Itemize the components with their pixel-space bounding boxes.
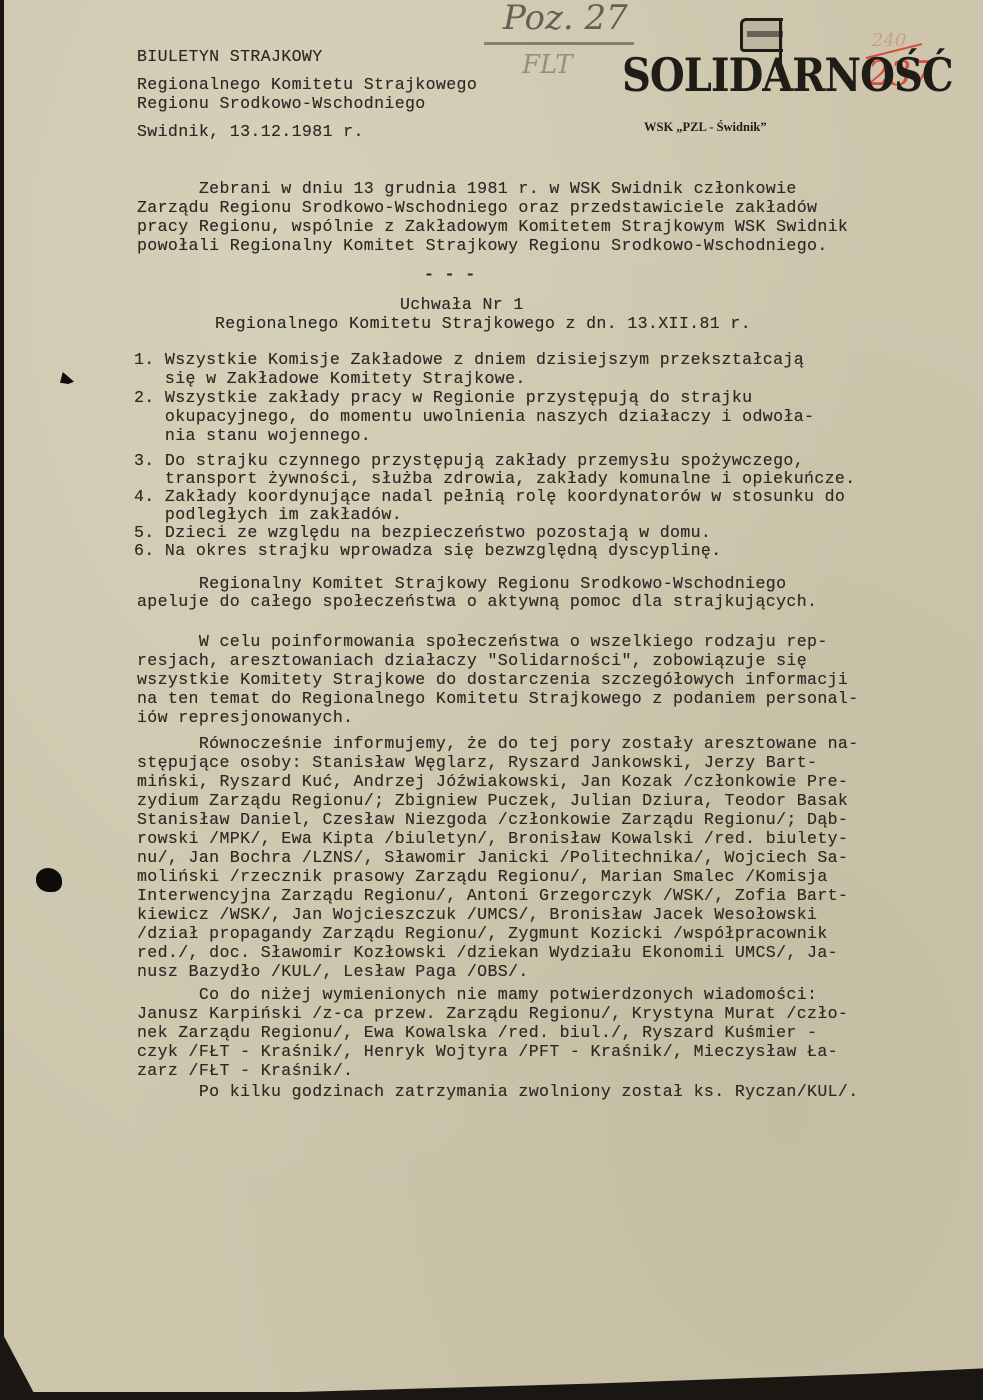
solidarnosc-logo: SOLIDARNOŚĆ — [622, 48, 953, 102]
flag-icon — [740, 18, 783, 52]
intro-line: Zarządu Regionu Srodkowo-Wschodniego ora… — [137, 199, 817, 216]
bulletin-title: BIULETYN STRAJKOWY — [137, 48, 323, 65]
appeal-line: Regionalny Komitet Strajkowy Regionu Sro… — [137, 575, 786, 592]
body-line: zarz /FŁT - Kraśnik/. — [137, 1062, 353, 1079]
body-line: rowski /MPK/, Ewa Kipta /biuletyn/, Bron… — [137, 830, 848, 847]
body-line: kiewicz /WSK/, Jan Wojcieszczuk /UMCS/, … — [137, 906, 817, 923]
archive-ref-annotation: Poz. 27 — [503, 0, 628, 38]
body-line: moliński /rzecznik prasowy Zarządu Regio… — [137, 868, 828, 885]
resolution-item-line: podległych im zakładów. — [134, 506, 402, 523]
body-line: iów represjonowanych. — [137, 709, 353, 726]
separator: - - - — [424, 266, 476, 283]
body-line: nek Zarządu Regionu/, Ewa Kowalska /red.… — [137, 1024, 817, 1041]
appeal-line: apeluje do całego społeczeństwa o aktywn… — [137, 593, 817, 610]
bulletin-subtitle-1: Regionalnego Komitetu Strajkowego — [137, 76, 477, 93]
resolution-item-line: 5. Dzieci ze względu na bezpieczeństwo p… — [134, 524, 711, 541]
body-line: Stanisław Daniel, Czesław Niezgoda /czło… — [137, 811, 848, 828]
body-line: stępujące osoby: Stanisław Węglarz, Rysz… — [137, 754, 817, 771]
bulletin-subtitle-2: Regionu Srodkowo-Wschodniego — [137, 95, 426, 112]
resolution-subtitle: Regionalnego Komitetu Strajkowego z dn. … — [215, 315, 751, 332]
resolution-item-line: 6. Na okres strajku wprowadza się bezwzg… — [134, 542, 722, 559]
resolution-item-line: 4. Zakłady koordynujące nadal pełnią rol… — [134, 488, 845, 505]
resolution-item-line: nia stanu wojennego. — [134, 427, 371, 444]
body-line: miński, Ryszard Kuć, Andrzej Jóźwiakowsk… — [137, 773, 848, 790]
body-line: na ten temat do Regionalnego Komitetu St… — [137, 690, 859, 707]
body-line: zydium Zarządu Regionu/; Zbigniew Puczek… — [137, 792, 848, 809]
place-date: Swidnik, 13.12.1981 r. — [137, 123, 364, 140]
body-line: Równocześnie informujemy, że do tej pory… — [137, 735, 859, 752]
resolution-item-line: transport żywności, służba zdrowia, zakł… — [134, 470, 856, 487]
body-line: Po kilku godzinach zatrzymania zwolniony… — [137, 1083, 859, 1100]
body-line: nusz Bazydło /KUL/, Lesław Paga /OBS/. — [137, 963, 529, 980]
logo-subtitle: WSK „PZL - Świdnik” — [644, 120, 767, 135]
intro-line: pracy Regionu, wspólnie z Zakładowym Kom… — [137, 218, 848, 235]
body-line: Interwencyjna Zarządu Regionu/, Antoni G… — [137, 887, 848, 904]
resolution-item-line: 1. Wszystkie Komisje Zakładowe z dniem d… — [134, 351, 804, 368]
body-line: resjach, aresztowaniach działaczy "Solid… — [137, 652, 807, 669]
body-line: wszystkie Komitety Strajkowe do dostarcz… — [137, 671, 848, 688]
archive-ref-underline — [484, 42, 634, 45]
body-line: Co do niżej wymienionych nie mamy potwie… — [137, 986, 817, 1003]
body-line: /dział propagandy Zarządu Regionu/, Zygm… — [137, 925, 828, 942]
resolution-title: Uchwała Nr 1 — [400, 296, 524, 313]
resolution-item-line: okupacyjnego, do momentu uwolnienia nasz… — [134, 408, 814, 425]
intro-line: powołali Regionalny Komitet Strajkowy Re… — [137, 237, 828, 254]
resolution-item-line: 3. Do strajku czynnego przystępują zakła… — [134, 452, 804, 469]
body-line: nu/, Jan Bochra /LZNS/, Sławomir Janicki… — [137, 849, 848, 866]
intro-line: Zebrani w dniu 13 grudnia 1981 r. w WSK … — [137, 180, 797, 197]
body-line: czyk /FŁT - Kraśnik/, Henryk Wojtyra /PF… — [137, 1043, 838, 1060]
resolution-item-line: się w Zakładowe Komitety Strajkowe. — [134, 370, 526, 387]
body-line: red./, doc. Sławomir Kozłowski /dziekan … — [137, 944, 838, 961]
punch-hole-mark — [36, 868, 62, 892]
body-line: W celu poinformowania społeczeństwa o ws… — [137, 633, 828, 650]
archive-sub-annotation: FLT — [522, 50, 573, 80]
resolution-item-line: 2. Wszystkie zakłady pracy w Regionie pr… — [134, 389, 752, 406]
body-line: Janusz Karpiński /z-ca przew. Zarządu Re… — [137, 1005, 848, 1022]
